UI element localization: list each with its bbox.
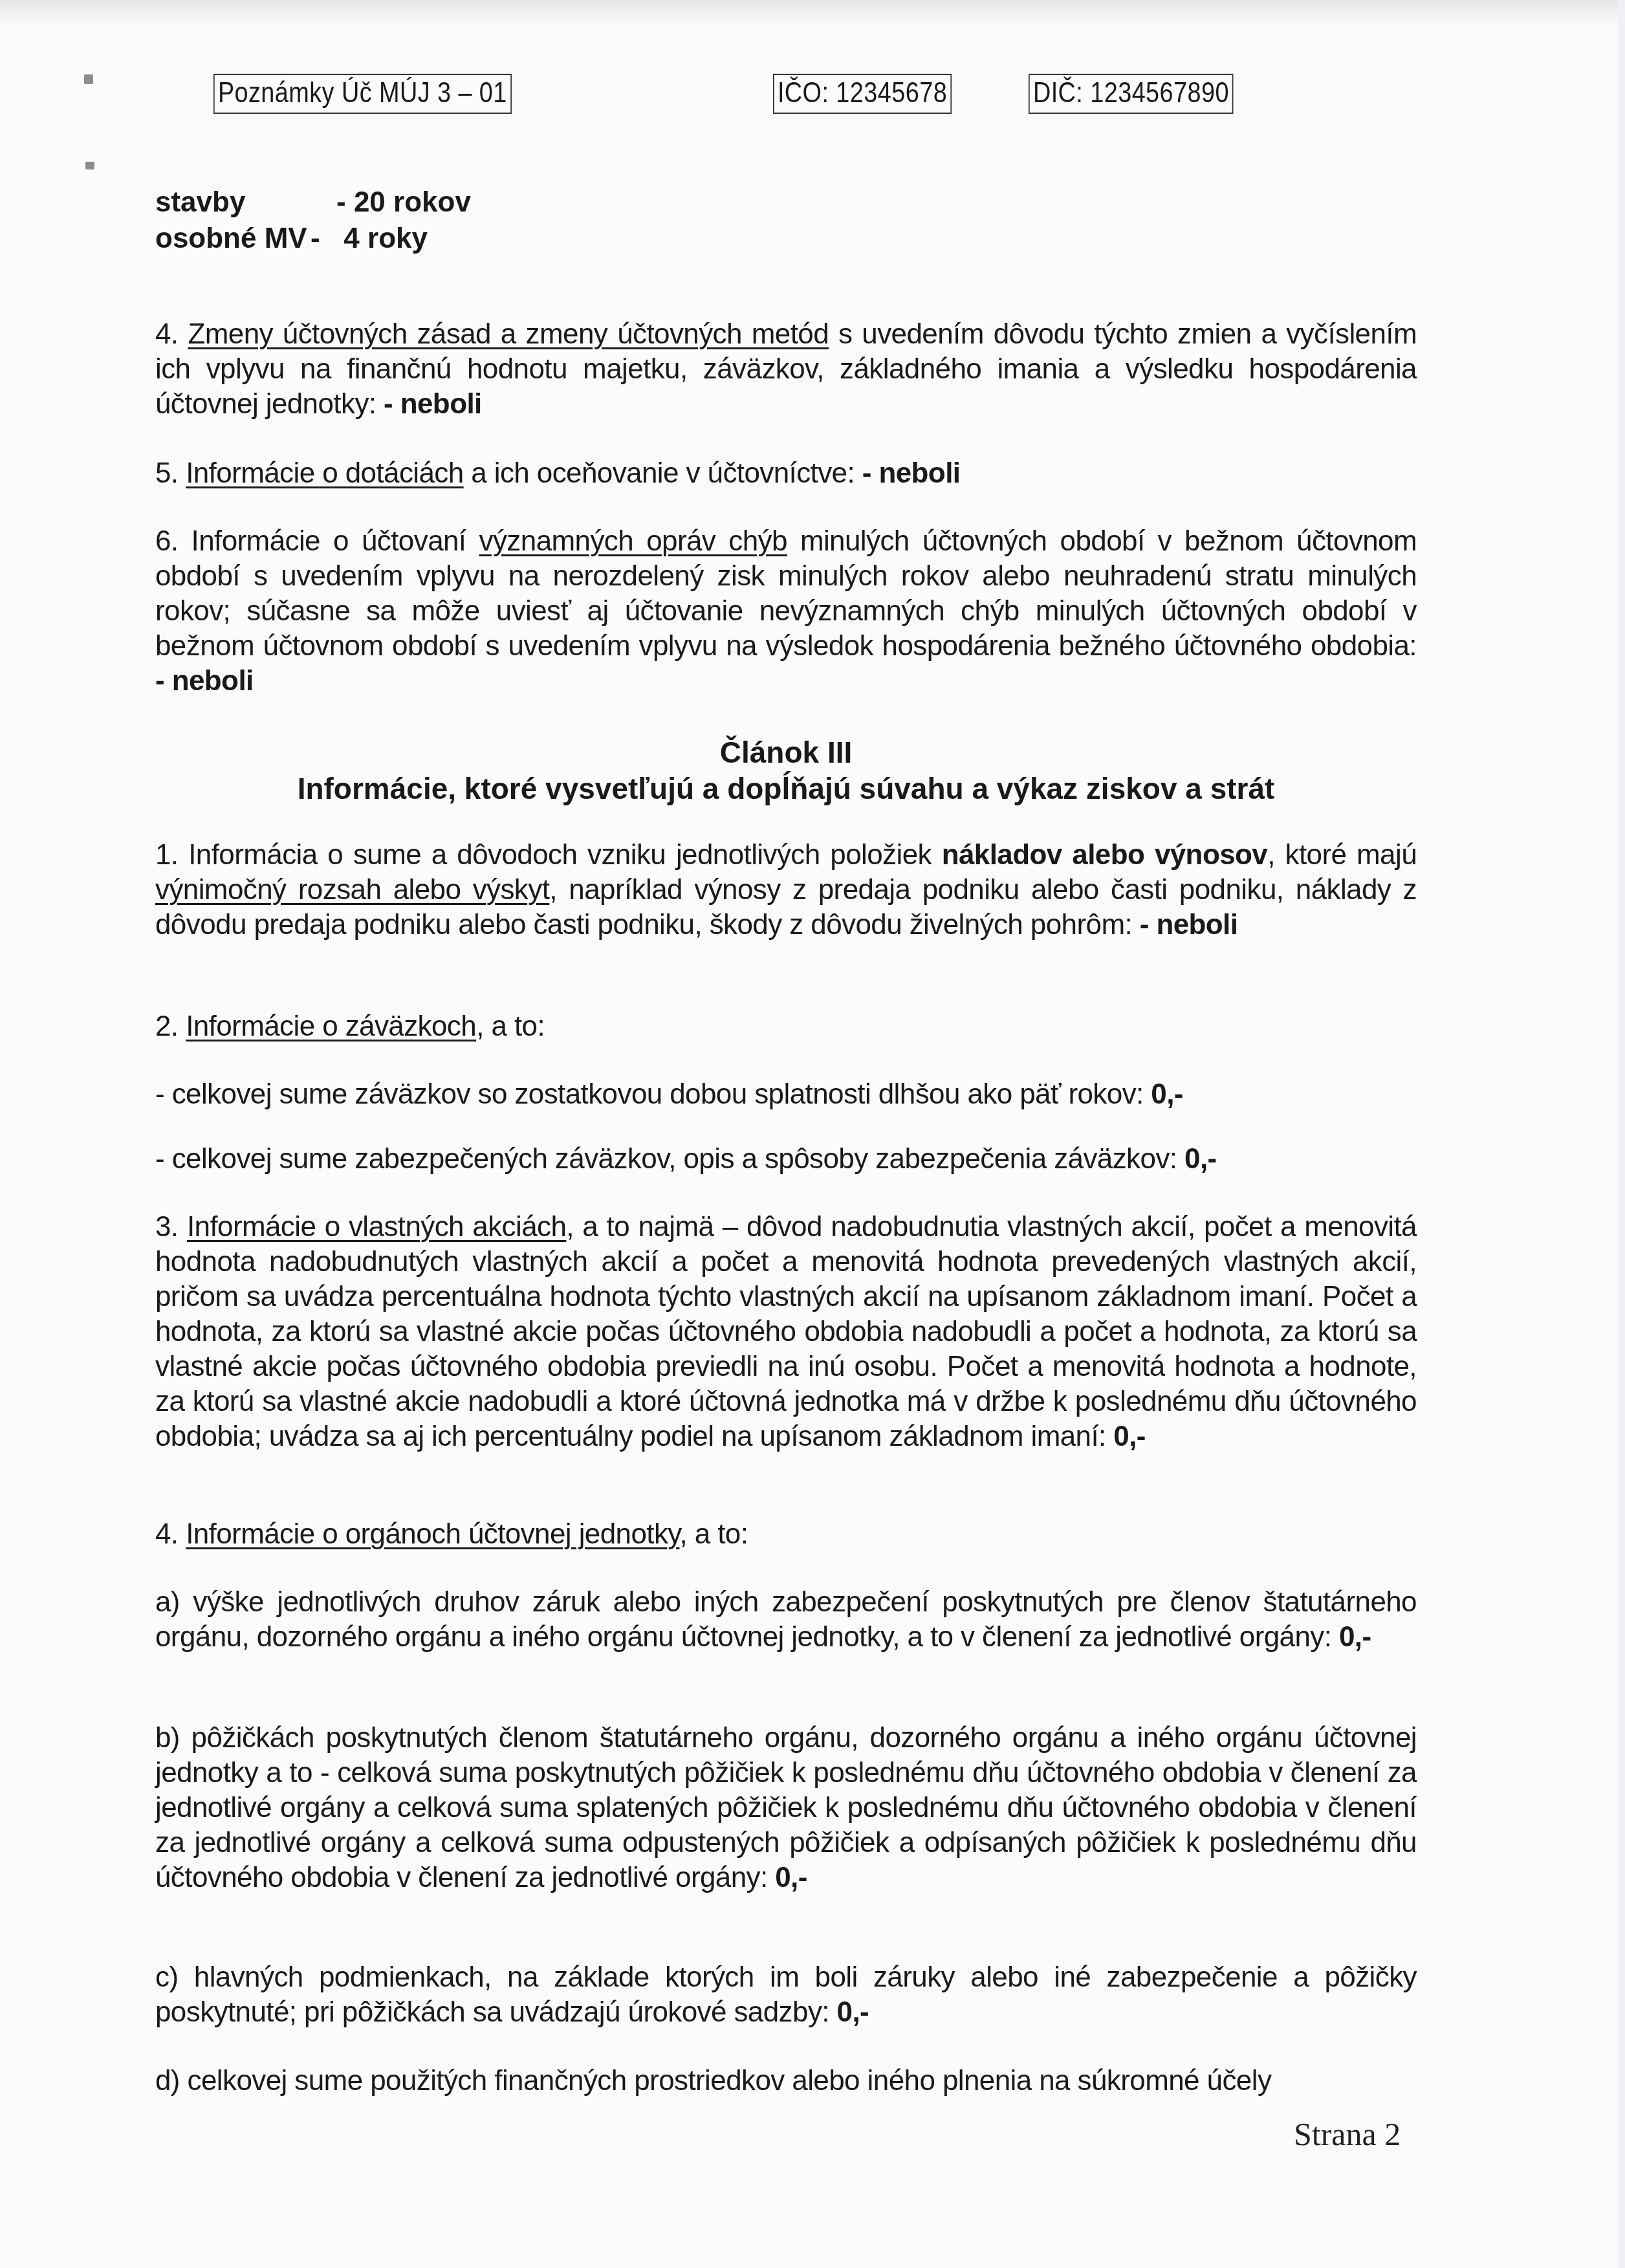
- sub-item-text: d) celkovej sume použitých finančných pr…: [155, 2065, 1271, 2097]
- item-number: 6.: [155, 525, 179, 557]
- scan-top-shadow: [0, 0, 1625, 26]
- item-underlined-title: Informácie o vlastných akciách: [187, 1211, 566, 1243]
- asset-label: stavby: [155, 184, 336, 221]
- depreciation-row: stavby- 20 rokov: [155, 184, 1417, 221]
- item-number: 5.: [155, 457, 179, 489]
- article3-item-4b: b) pôžičkách poskytnutých členom štatutá…: [155, 1721, 1417, 1895]
- item-number: 4.: [155, 318, 179, 350]
- punch-hole-mark: [85, 162, 94, 169]
- article-heading: Článok III Informácie, ktoré vysvetľujú …: [155, 734, 1417, 807]
- item-bold-text: nákladov alebo výnosov: [942, 839, 1268, 871]
- article3-item-1: 1. Informácia o sume a dôvodoch vzniku j…: [155, 838, 1417, 943]
- asset-label: osobné MV: [155, 221, 311, 257]
- article-subtitle: Informácie, ktoré vysvetľujú a dopĺňajú …: [155, 770, 1417, 807]
- sub-item-text: - celkovej sume zabezpečených záväzkov, …: [155, 1143, 1177, 1175]
- article3-item-2: 2. Informácie o záväzkoch, a to:: [155, 1009, 1417, 1044]
- item-underlined-title: Informácie o záväzkoch: [186, 1010, 476, 1042]
- sub-item-text: a) výške jednotlivých druhov záruk alebo…: [155, 1586, 1417, 1653]
- article3-item-4c: c) hlavných podmienkach, na základe ktor…: [155, 1960, 1417, 2030]
- item-text: , a to:: [476, 1010, 545, 1042]
- article3-item-2-sub: - celkovej sume záväzkov so zostatkovou …: [155, 1077, 1417, 1112]
- item-underlined-title: Zmeny účtovných zásad a zmeny účtovných …: [188, 318, 829, 350]
- form-label: Poznámky Úč MÚJ 3 – 01: [218, 77, 507, 109]
- depreciation-row: osobné MV- 4 roky: [155, 221, 1417, 257]
- item-text: Informácia o sume a dôvodoch vzniku jedn…: [188, 839, 932, 871]
- article3-item-3: 3. Informácie o vlastných akciách, a to …: [155, 1210, 1417, 1454]
- item-answer: - neboli: [384, 388, 482, 420]
- item-underlined-title: Informácie o dotáciách: [186, 457, 464, 489]
- item-number: 3.: [155, 1211, 179, 1243]
- asset-period: - 20 rokov: [336, 186, 471, 218]
- sub-item-text: c) hlavných podmienkach, na základe ktor…: [155, 1961, 1417, 2028]
- item-number: 2.: [155, 1010, 179, 1042]
- article3-item-4a: a) výške jednotlivých druhov záruk alebo…: [155, 1585, 1417, 1655]
- item-answer: 0,-: [1339, 1621, 1371, 1653]
- scan-right-edge: [1619, 0, 1625, 2268]
- item-answer: 0,-: [1184, 1143, 1217, 1175]
- item-answer: 0,-: [837, 1996, 869, 2028]
- punch-hole-mark: [84, 74, 93, 84]
- article3-item-4d: d) celkovej sume použitých finančných pr…: [155, 2064, 1417, 2099]
- item-text: a ich oceňovanie v účtovníctve:: [471, 457, 855, 489]
- item-text: , a to najmä – dôvod nadobudnutia vlastn…: [155, 1211, 1417, 1452]
- item-underlined-title: významných opráv chýb: [479, 525, 787, 557]
- item-text: , ktoré majú: [1267, 839, 1417, 871]
- item-prefix: Informácie o účtovaní: [191, 525, 466, 557]
- sub-item-text: - celkovej sume záväzkov so zostatkovou …: [155, 1078, 1144, 1110]
- article3-item-4: 4. Informácie o orgánoch účtovnej jednot…: [155, 1517, 1417, 1552]
- dic-value: DIČ: 1234567890: [1033, 77, 1229, 109]
- section-item-5: 5. Informácie o dotáciách a ich oceňovan…: [155, 456, 1417, 491]
- form-label-box: Poznámky Úč MÚJ 3 – 01: [213, 74, 512, 114]
- dic-box: DIČ: 1234567890: [1029, 74, 1234, 114]
- ico-value: IČO: 12345678: [778, 77, 947, 109]
- item-number: 4.: [155, 1518, 179, 1550]
- depreciation-list: stavby- 20 rokov osobné MV- 4 roky: [155, 184, 1417, 257]
- page-number: Strana 2: [1294, 2115, 1401, 2153]
- article-title: Článok III: [155, 734, 1417, 770]
- item-answer: - neboli: [862, 457, 961, 489]
- item-answer: - neboli: [155, 665, 254, 697]
- article3-item-2-sub: - celkovej sume zabezpečených záväzkov, …: [155, 1142, 1417, 1177]
- section-item-4: 4. Zmeny účtovných zásad a zmeny účtovný…: [155, 317, 1417, 422]
- asset-period: - 4 roky: [311, 223, 428, 254]
- item-text: , a to:: [679, 1518, 748, 1550]
- item-number: 1.: [155, 839, 179, 871]
- item-answer: 0,-: [775, 1862, 807, 1893]
- item-answer: 0,-: [1151, 1078, 1183, 1110]
- item-underlined-title: Informácie o orgánoch účtovnej jednotky: [186, 1518, 679, 1550]
- item-underlined-title: výnimočný rozsah alebo výskyt: [155, 874, 549, 906]
- item-answer: - neboli: [1140, 909, 1238, 941]
- ico-box: IČO: 12345678: [773, 74, 952, 114]
- section-item-6: 6. Informácie o účtovaní významných oprá…: [155, 524, 1417, 699]
- item-answer: 0,-: [1113, 1421, 1146, 1452]
